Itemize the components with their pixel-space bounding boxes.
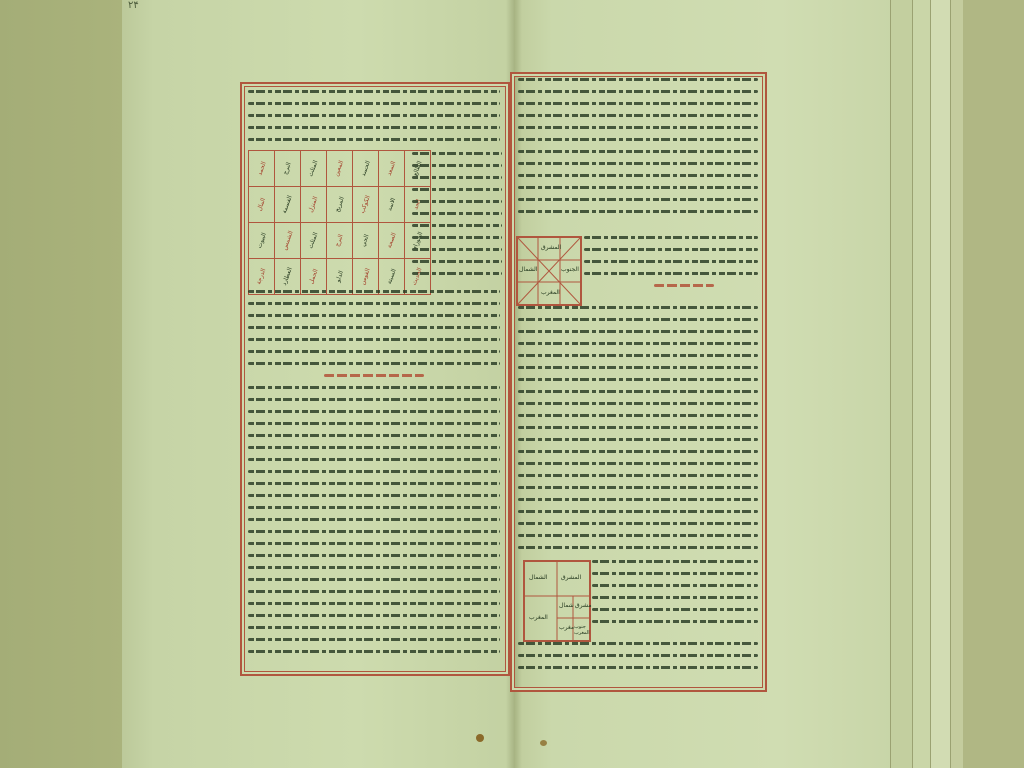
right-text-beside-diagram xyxy=(584,236,758,302)
quadrant-label-west: المغرب xyxy=(529,614,548,621)
quadrant-inner-south: جنوب المغرب xyxy=(574,624,590,636)
diagram-label-south: الجنوب xyxy=(561,266,579,273)
paper-stain xyxy=(540,740,547,746)
right-text-bottom xyxy=(518,642,758,684)
folio-number: ۲۴ xyxy=(128,0,139,11)
quadrant-inner-north: شمال xyxy=(559,602,574,609)
background-right xyxy=(960,0,1024,768)
quadrant-inner-west: مغرب xyxy=(559,624,574,631)
quadrant-inner-east: مشرق xyxy=(575,602,592,609)
page-edge xyxy=(912,0,931,768)
right-text-body xyxy=(518,306,758,556)
left-text-body xyxy=(248,290,500,666)
horoscope-quadrant-diagram: المشرق الشمال المغرب شمال مشرق مغرب جنوب… xyxy=(523,560,591,642)
background-left xyxy=(0,0,125,768)
diagram-label-east: المشرق xyxy=(541,244,561,251)
horoscope-square-diagram: المشرق الشمال الجنوب المغرب xyxy=(516,236,582,306)
page-edge xyxy=(890,0,913,768)
right-text-top xyxy=(518,78,758,230)
left-text-beside-table xyxy=(412,152,502,287)
right-text-beside-quadrant xyxy=(592,560,758,640)
diagram-label-west: المغرب xyxy=(541,289,560,296)
page-edge xyxy=(950,0,963,768)
paper-stain xyxy=(476,734,484,742)
astrological-table: الحمد البرج المثلث المعين الحسد السعد ال… xyxy=(248,150,431,295)
left-text-top xyxy=(248,90,500,148)
diagram-label-north: الشمال xyxy=(519,266,538,273)
quadrant-label-north: الشمال xyxy=(529,574,548,581)
quadrant-label-east: المشرق xyxy=(561,574,581,581)
page-edge xyxy=(930,0,951,768)
